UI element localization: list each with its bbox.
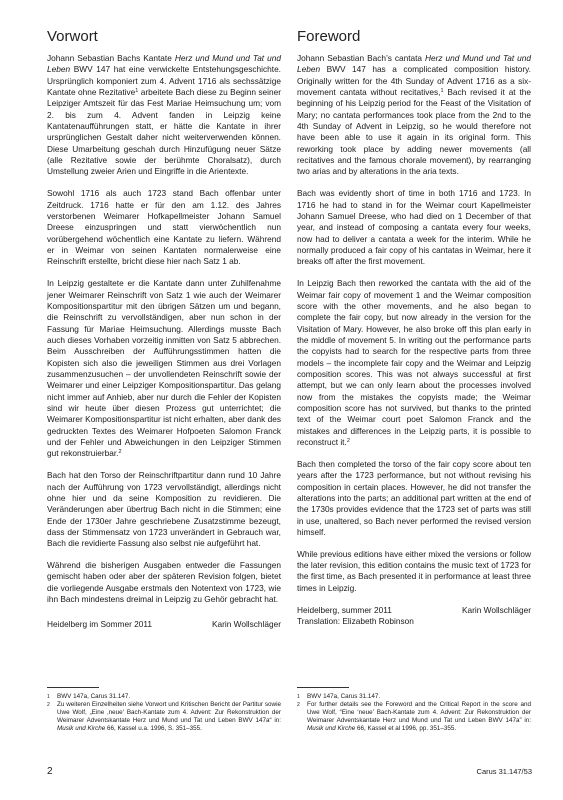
heading-foreword: Foreword	[297, 28, 531, 46]
paragraph-4: Bach then completed the torso of the fai…	[297, 459, 531, 538]
english-footnotes: 1 BWV 147a, Carus 31.147. 2 For further …	[297, 687, 531, 733]
paragraph-5: While previous editions have either mixe…	[297, 549, 531, 594]
german-footnotes: 1 BWV 147a, Carus 31.147. 2 Zu weiteren …	[47, 687, 281, 733]
paragraph-3: In Leipzig gestaltete er die Kantate dan…	[47, 278, 281, 460]
footnote-2: 2 For further details see the Foreword a…	[297, 701, 531, 733]
page-number: 2	[47, 766, 53, 777]
footnote-ref-2: 2	[118, 449, 121, 455]
author: Karin Wollschläger	[212, 619, 281, 630]
footnote-2: 2 Zu weiteren Einzelheiten siehe Vorwort…	[47, 701, 281, 733]
paragraph-1: Johann Sebastian Bach’s cantata Herz und…	[297, 53, 531, 178]
footnote-1: 1 BWV 147a, Carus 31.147.	[47, 693, 281, 701]
footnote-divider	[47, 687, 99, 688]
signature-line: Heidelberg im Sommer 2011 Karin Wollschl…	[47, 619, 281, 630]
paragraph-4: Bach hat den Torso der Reinschriftpartit…	[47, 470, 281, 549]
paragraph-2: Bach was evidently short of time in both…	[297, 188, 531, 267]
translator-credit: Translation: Elizabeth Robinson	[297, 616, 531, 627]
place-date: Heidelberg im Sommer 2011	[47, 619, 152, 630]
place-date: Heidelberg, summer 2011	[297, 605, 392, 616]
signature-line: Heidelberg, summer 2011 Karin Wollschläg…	[297, 605, 531, 616]
paragraph-1: Johann Sebastian Bachs Kantate Herz und …	[47, 53, 281, 178]
footnote-1: 1 BWV 147a, Carus 31.147.	[297, 693, 531, 701]
paragraph-2: Sowohl 1716 als auch 1723 stand Bach off…	[47, 188, 281, 267]
catalog-number: Carus 31.147/53	[477, 767, 532, 776]
footnote-divider	[297, 687, 349, 688]
author: Karin Wollschläger	[462, 605, 531, 616]
german-preface-column: Vorwort Johann Sebastian Bachs Kantate H…	[47, 28, 281, 631]
heading-vorwort: Vorwort	[47, 28, 281, 46]
paragraph-5: Während die bisherigen Ausgaben entweder…	[47, 560, 281, 605]
paragraph-3: In Leipzig Bach then reworked the cantat…	[297, 278, 531, 448]
english-foreword-column: Foreword Johann Sebastian Bach’s cantata…	[297, 28, 531, 627]
footnote-ref-2: 2	[347, 438, 350, 444]
